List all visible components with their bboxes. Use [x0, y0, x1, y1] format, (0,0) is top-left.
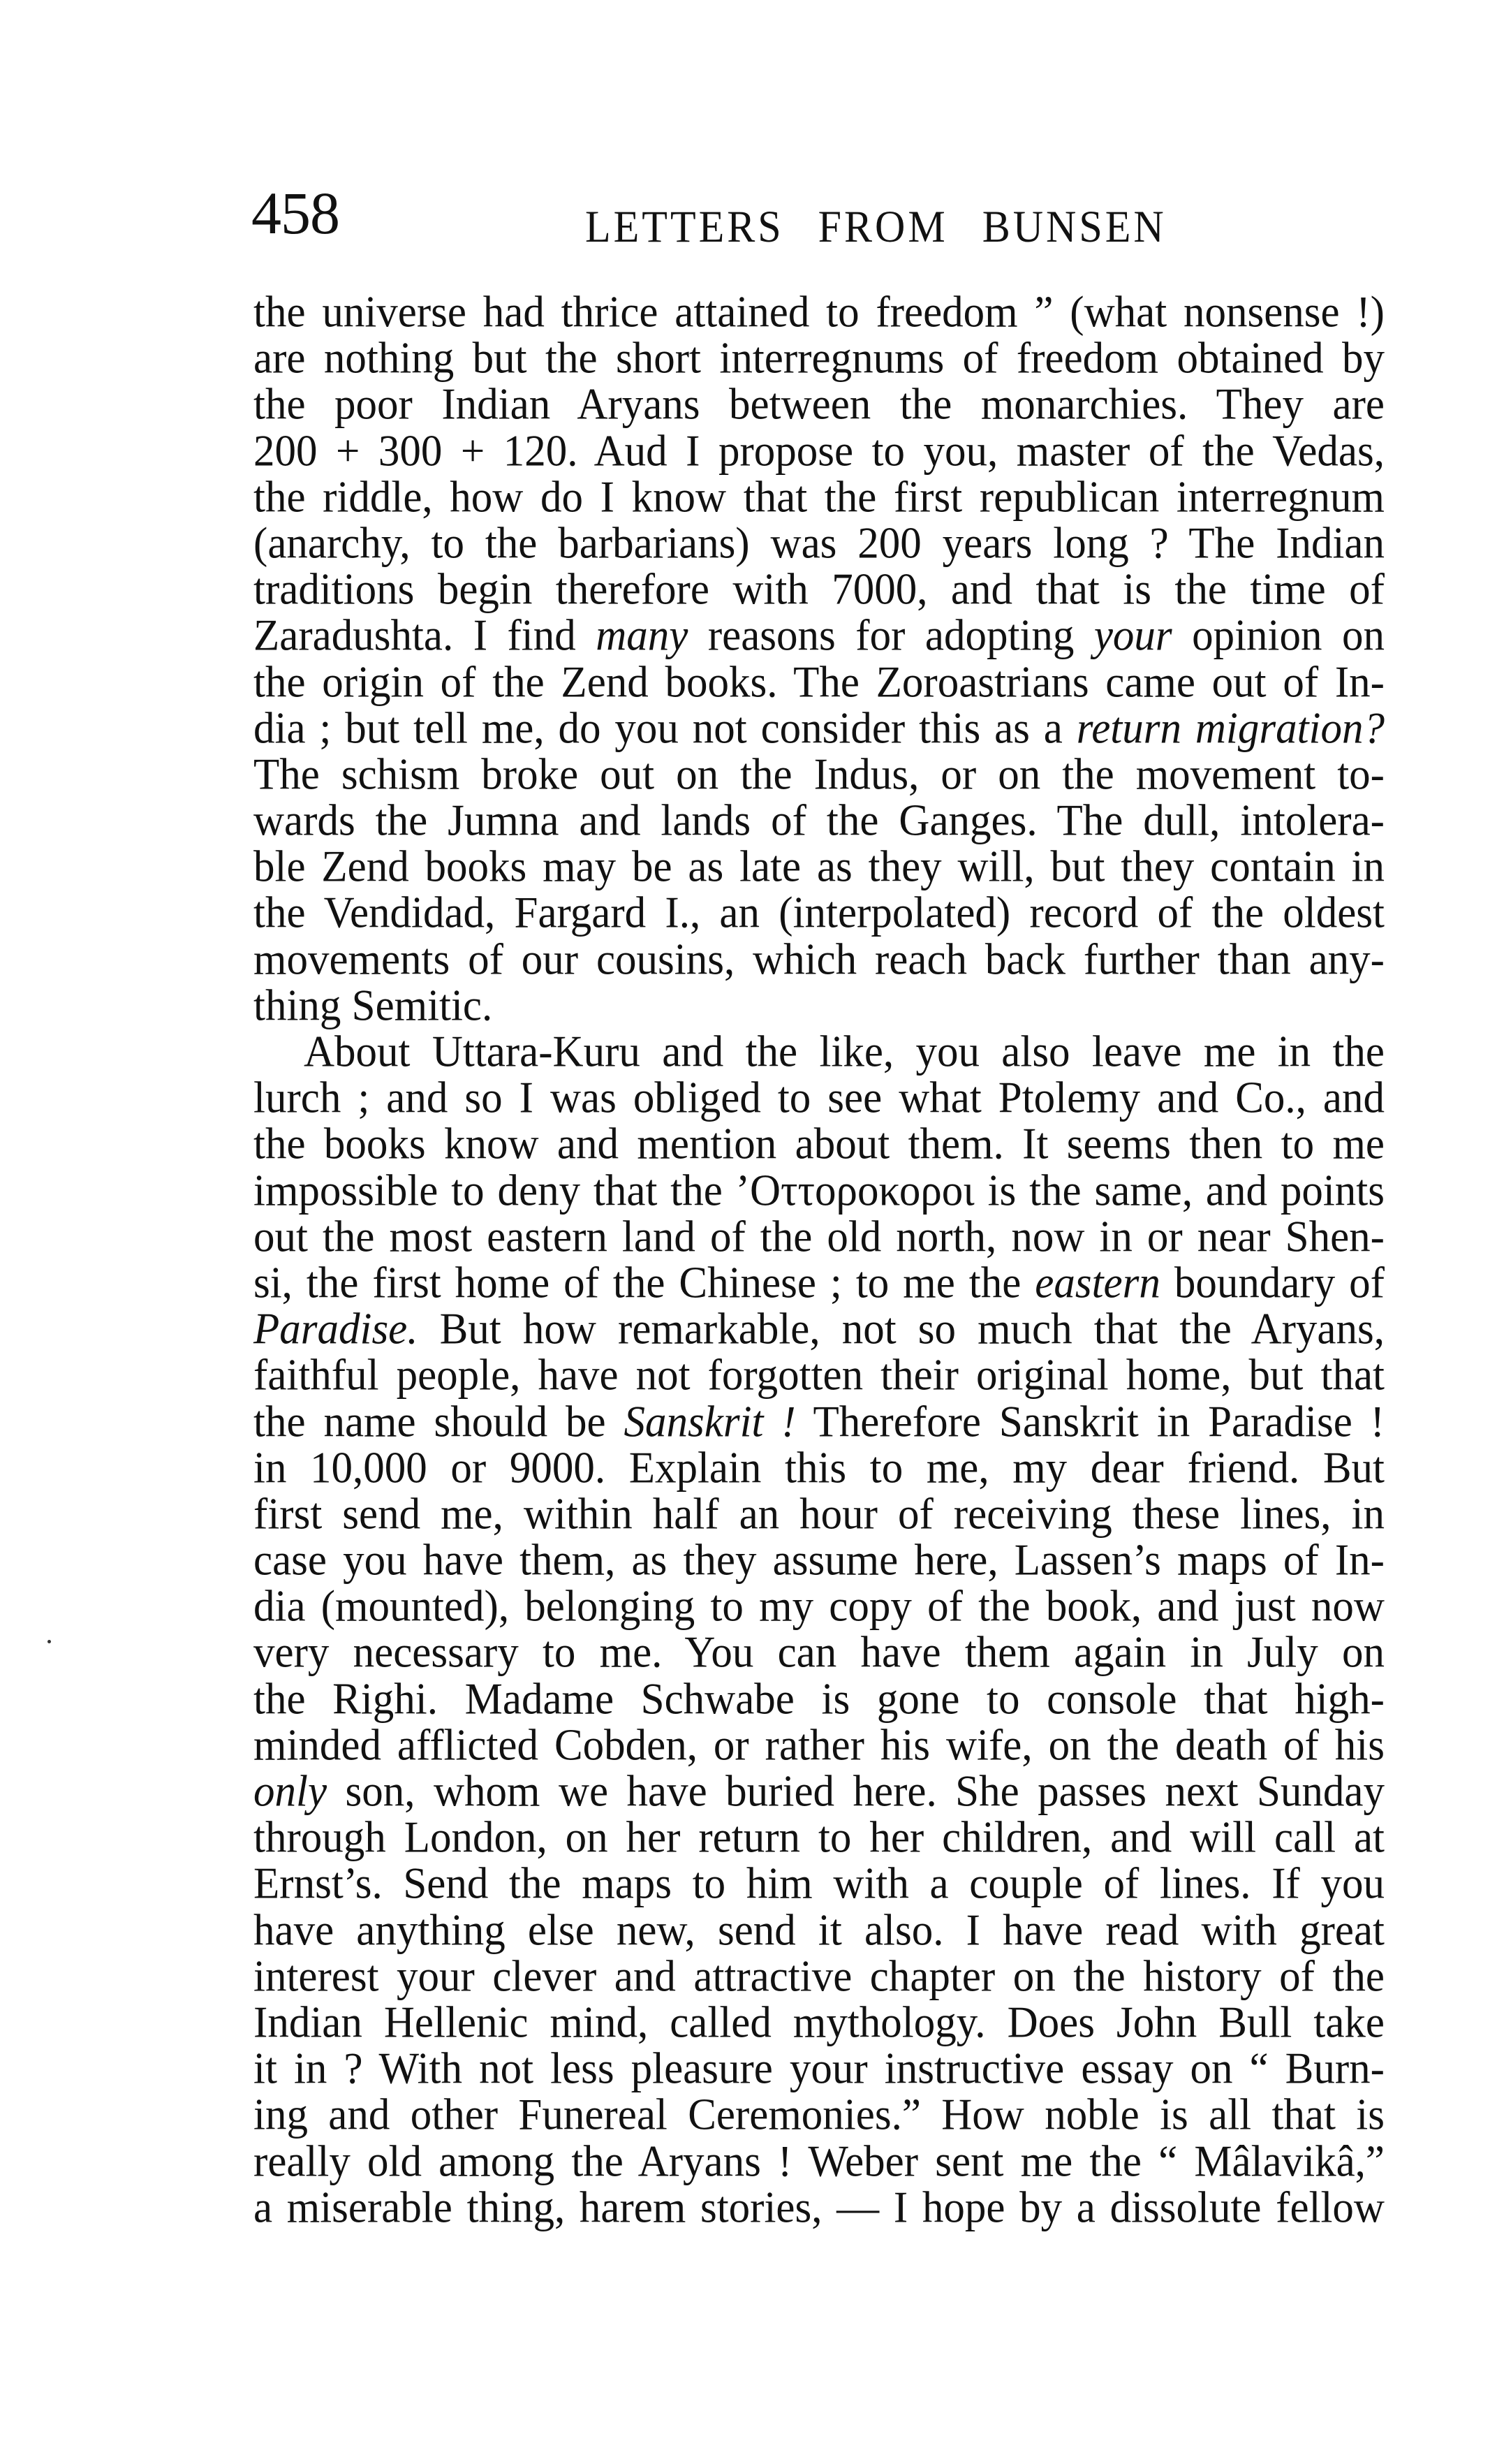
text-line: Paradise. But how remarkable, not so muc…: [253, 1305, 1385, 1354]
text-run: the origin of the Zend books. The Zoroas…: [253, 658, 1385, 707]
italic-text: Sanskrit !: [624, 1398, 796, 1446]
body-text: the universe had thrice attained to free…: [253, 291, 1385, 2232]
text-run: interest your clever and attractive chap…: [253, 1952, 1385, 2001]
text-line: (anarchy, to the barbarians) was 200 yea…: [253, 520, 1385, 568]
text-run: dia ; but tell me, do you not consider t…: [253, 704, 1077, 753]
text-run: But how remarkable, not so much that the…: [418, 1305, 1385, 1354]
text-run: si, the first home of the Chinese ; to m…: [253, 1259, 1035, 1307]
text-line: only son, whom we have buried here. She …: [253, 1768, 1385, 1816]
text-line: the origin of the Zend books. The Zoroas…: [253, 659, 1385, 707]
paragraph: About Uttara-Kuru and the like, you also…: [253, 1030, 1385, 2232]
text-run: the Righi. Madame Schwabe is gone to con…: [253, 1675, 1385, 1724]
text-line: the riddle, how do I know that the first…: [253, 474, 1385, 522]
running-head-title: LETTERS FROM BUNSEN: [585, 204, 1067, 249]
text-line: traditions begin therefore with 7000, an…: [253, 566, 1385, 614]
text-line: ble Zend books may be as late as they wi…: [253, 844, 1385, 892]
text-line: interest your clever and attractive chap…: [253, 1953, 1385, 2001]
paragraph: the universe had thrice attained to free…: [253, 291, 1385, 1030]
text-line: wards the Jumna and lands of the Ganges.…: [253, 797, 1385, 845]
text-run: ble Zend books may be as late as they wi…: [253, 843, 1385, 892]
text-run: have anything else new, send it also. I …: [253, 1906, 1385, 1955]
text-line: a miserable thing, harem stories, — I ho…: [253, 2184, 1385, 2232]
text-line: the name should be Sanskrit ! Therefore …: [253, 1398, 1385, 1446]
italic-text: return migration?: [1077, 704, 1385, 753]
text-line: have anything else new, send it also. I …: [253, 1907, 1385, 1955]
text-line: the Vendidad, Fargard I., an (interpolat…: [253, 890, 1385, 938]
text-line: thing Semitic.: [253, 982, 1385, 1030]
text-run: (anarchy, to the barbarians) was 200 yea…: [253, 519, 1385, 568]
text-line: impossible to deny that the ’Οττοροκοροι…: [253, 1167, 1385, 1215]
text-line: first send me, within half an hour of re…: [253, 1490, 1385, 1539]
text-line: the poor Indian Aryans between the monar…: [253, 381, 1385, 430]
text-line: si, the first home of the Chinese ; to m…: [253, 1259, 1385, 1307]
text-run: reasons for adopting: [688, 612, 1093, 661]
text-line: the universe had thrice attained to free…: [253, 288, 1385, 337]
italic-text: only: [253, 1767, 327, 1816]
text-line: About Uttara-Kuru and the like, you also…: [253, 1028, 1385, 1076]
text-line: dia ; but tell me, do you not consider t…: [253, 705, 1385, 753]
text-run: opinion on: [1172, 612, 1385, 661]
text-line: out the most eastern land of the old nor…: [253, 1213, 1385, 1261]
text-line: movements of our cousins, which reach ba…: [253, 936, 1385, 984]
text-run: out the most eastern land of the old nor…: [253, 1212, 1385, 1261]
italic-text: your: [1094, 612, 1172, 661]
text-line: case you have them, as they assume here,…: [253, 1537, 1385, 1585]
page-number: 458: [251, 183, 339, 243]
text-run: About Uttara-Kuru and the like, you also…: [304, 1027, 1385, 1076]
text-run: Indian Hellenic mind, called mythology. …: [253, 1998, 1385, 2047]
scan-speck: [47, 1640, 51, 1643]
text-run: lurch ; and so I was obliged to see what…: [253, 1074, 1385, 1123]
text-line: Ernst’s. Send the maps to him with a cou…: [253, 1861, 1385, 1909]
text-line: Indian Hellenic mind, called mythology. …: [253, 1999, 1385, 2047]
text-line: very necessary to me. You can have them …: [253, 1629, 1385, 1678]
text-run: very necessary to me. You can have them …: [253, 1629, 1385, 1678]
text-run: The schism broke out on the Indus, or on…: [253, 750, 1385, 799]
text-line: it in ? With not less pleasure your inst…: [253, 2045, 1385, 2093]
text-run: Therefore Sanskrit in Paradise !: [796, 1398, 1385, 1446]
book-page: 458 LETTERS FROM BUNSEN the universe had…: [0, 0, 1497, 2464]
text-line: ing and other Funereal Ceremonies.” How …: [253, 2092, 1385, 2140]
italic-text: Paradise.: [253, 1305, 418, 1354]
text-run: the riddle, how do I know that the first…: [253, 473, 1385, 522]
text-run: wards the Jumna and lands of the Ganges.…: [253, 796, 1385, 845]
text-run: a miserable thing, harem stories, — I ho…: [253, 2183, 1385, 2232]
text-line: minded afflicted Cobden, or rather his w…: [253, 1722, 1385, 1770]
text-run: are nothing but the short interregnums o…: [253, 335, 1385, 383]
text-run: traditions begin therefore with 7000, an…: [253, 565, 1385, 614]
text-line: are nothing but the short interregnums o…: [253, 335, 1385, 383]
text-run: Zaradushta. I find: [253, 612, 596, 661]
text-line: really old among the Aryans ! Weber sent…: [253, 2138, 1385, 2186]
text-run: minded afflicted Cobden, or rather his w…: [253, 1721, 1385, 1770]
text-line: in 10,000 or 9000. Explain this to me, m…: [253, 1444, 1385, 1493]
italic-text: eastern: [1035, 1259, 1160, 1307]
text-run: 200 + 300 + 120. Aud I propose to you, m…: [253, 427, 1385, 476]
text-run: case you have them, as they assume here,…: [253, 1536, 1385, 1585]
text-line: the books know and mention about them. I…: [253, 1121, 1385, 1169]
text-run: the universe had thrice attained to free…: [253, 288, 1385, 337]
text-line: The schism broke out on the Indus, or on…: [253, 751, 1385, 799]
text-run: through London, on her return to her chi…: [253, 1814, 1385, 1863]
text-run: impossible to deny that the ’Οττοροκοροι…: [253, 1166, 1385, 1215]
text-run: boundary of: [1160, 1259, 1385, 1307]
text-run: faithful people, have not forgotten thei…: [253, 1351, 1385, 1400]
text-line: dia (mounted), belonging to my copy of t…: [253, 1583, 1385, 1631]
text-run: really old among the Aryans ! Weber sent…: [253, 2137, 1385, 2186]
text-run: thing Semitic.: [253, 981, 492, 1030]
text-run: Ernst’s. Send the maps to him with a cou…: [253, 1860, 1385, 1909]
text-line: Zaradushta. I find many reasons for adop…: [253, 613, 1385, 661]
text-line: the Righi. Madame Schwabe is gone to con…: [253, 1675, 1385, 1724]
text-run: in 10,000 or 9000. Explain this to me, m…: [253, 1444, 1385, 1493]
text-run: dia (mounted), belonging to my copy of t…: [253, 1583, 1385, 1631]
text-line: faithful people, have not forgotten thei…: [253, 1352, 1385, 1400]
text-run: the name should be: [253, 1398, 624, 1446]
text-run: the books know and mention about them. I…: [253, 1120, 1385, 1169]
text-run: movements of our cousins, which reach ba…: [253, 935, 1385, 984]
text-line: through London, on her return to her chi…: [253, 1814, 1385, 1863]
italic-text: many: [596, 612, 688, 661]
text-run: ing and other Funereal Ceremonies.” How …: [253, 2091, 1385, 2140]
text-run: the poor Indian Aryans between the monar…: [253, 381, 1385, 430]
text-run: the Vendidad, Fargard I., an (interpolat…: [253, 889, 1385, 938]
text-run: son, whom we have buried here. She passe…: [327, 1767, 1385, 1816]
text-run: first send me, within half an hour of re…: [253, 1490, 1385, 1539]
text-line: lurch ; and so I was obliged to see what…: [253, 1075, 1385, 1123]
text-run: it in ? With not less pleasure your inst…: [253, 2044, 1385, 2093]
text-line: 200 + 300 + 120. Aud I propose to you, m…: [253, 427, 1385, 476]
